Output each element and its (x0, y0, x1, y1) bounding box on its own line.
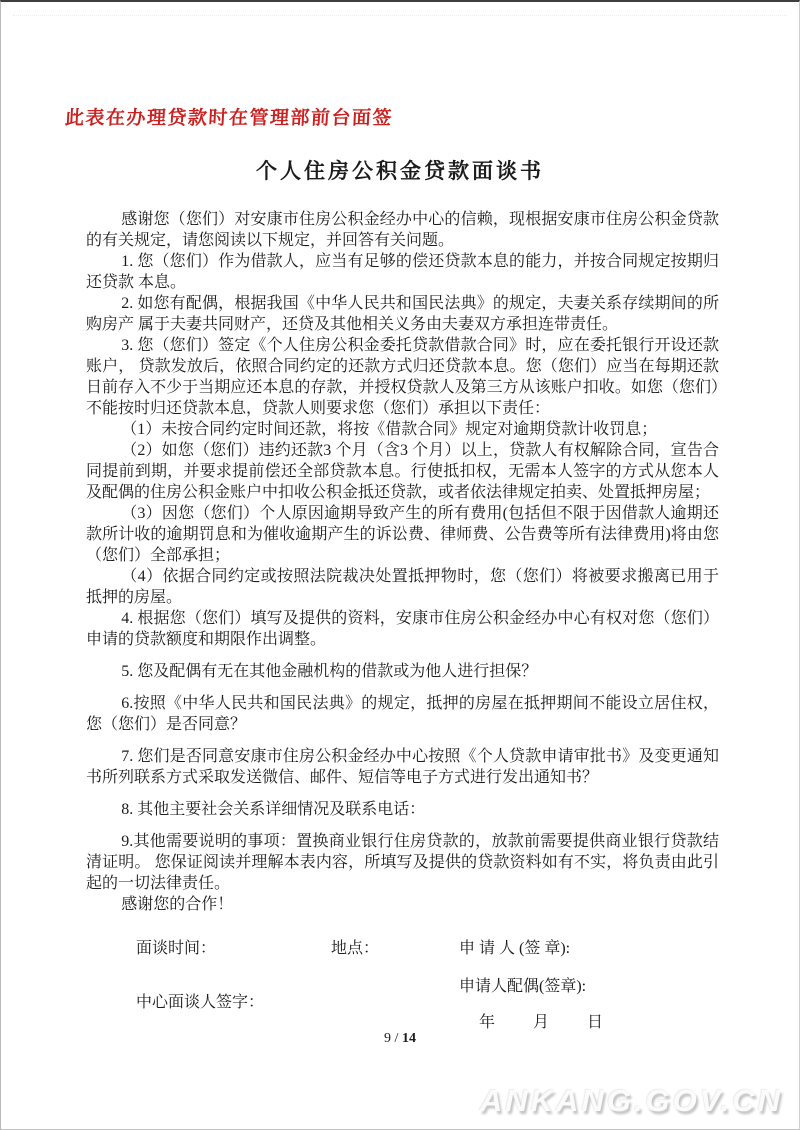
page-number-current: 9 (384, 1031, 391, 1046)
page-title: 个人住房公积金贷款面谈书 (1, 155, 799, 185)
document-page: 此表在办理贷款时在管理部前台面签 个人住房公积金贷款面谈书 感谢您（您们）对安康… (0, 0, 800, 1130)
paragraph-item-2: 2. 如您有配偶，根据我国《中华人民共和国民法典》的规定，夫妻关系存续期间的所购… (86, 293, 719, 335)
paragraph-sub-3: （3）因您（您们）个人原因逾期导致产生的所有费用(包括但不限于因借款人逾期还款所… (86, 503, 719, 566)
paragraph-item-3: 3. 您（您们）签定《个人住房公积金委托贷款借款合同》时，应在委托银行开设还款账… (86, 335, 719, 419)
paragraph-item-7: 7. 您们是否同意安康市住房公积金经办中心按照《个人贷款申请审批书》及变更通知书… (86, 746, 719, 788)
paragraph-intro: 感谢您（您们）对安康市住房公积金经办中心的信赖，现根据安康市住房公积金贷款的有关… (86, 209, 719, 251)
paragraph-sub-1: （1）未按合同约定时间还款，将按《借款合同》规定对逾期贷款计收罚息； (86, 419, 719, 440)
paragraph-sub-4: （4）依据合同约定或按照法院裁决处置抵押物时，您（您们）将被要求搬离已用于抵押的… (86, 566, 719, 608)
paragraph-item-6: 6.按照《中华人民共和国民法典》的规定，抵押的房屋在抵押期间不能设立居住权，您（… (86, 693, 719, 735)
paragraph-item-8: 8. 其他主要社会关系详细情况及联系电话： (86, 799, 719, 820)
applicant-signature-label: 申 请 人 (签 章): (459, 935, 570, 958)
scan-artifact-line (13, 15, 787, 16)
paragraph-item-1: 1. 您（您们）作为借款人，应当有足够的偿还贷款本息的能力，并按合同规定按期归还… (86, 251, 719, 293)
page-number-separator: / (391, 1031, 402, 1046)
paragraph-thanks: 感谢您的合作！ (86, 894, 719, 915)
page-number: 9 / 14 (1, 1031, 799, 1047)
red-handwritten-note: 此表在办理贷款时在管理部前台面签 (64, 103, 393, 130)
interviewer-signature-label: 中心面谈人签字： (136, 989, 264, 1012)
signature-block: 面谈时间： 地点： 申 请 人 (签 章): 申请人配偶(签章): 中心面谈人签… (86, 930, 746, 1040)
location-label: 地点： (331, 935, 379, 958)
date-line: 年 月 日 (479, 1009, 605, 1032)
site-watermark: ANKANG.GOV.CN (480, 1083, 783, 1119)
interview-time-label: 面谈时间： (136, 935, 216, 958)
document-body: 感谢您（您们）对安康市住房公积金经办中心的信赖，现根据安康市住房公积金贷款的有关… (86, 209, 719, 915)
page-number-total: 14 (402, 1031, 416, 1046)
paragraph-item-4: 4. 根据您（您们）填写及提供的资料，安康市住房公积金经办中心有权对您（您们）申… (86, 608, 719, 650)
paragraph-item-5: 5. 您及配偶有无在其他金融机构的借款或为他人进行担保？ (86, 661, 719, 682)
spouse-signature-label: 申请人配偶(签章): (459, 973, 586, 996)
paragraph-item-9: 9.其他需要说明的事项：置换商业银行住房贷款的，放款前需要提供商业银行贷款结清证… (86, 831, 719, 894)
paragraph-sub-2: （2）如您（您们）违约还款3 个月（含3 个月）以上，贷款人有权解除合同，宣告合… (86, 440, 719, 503)
